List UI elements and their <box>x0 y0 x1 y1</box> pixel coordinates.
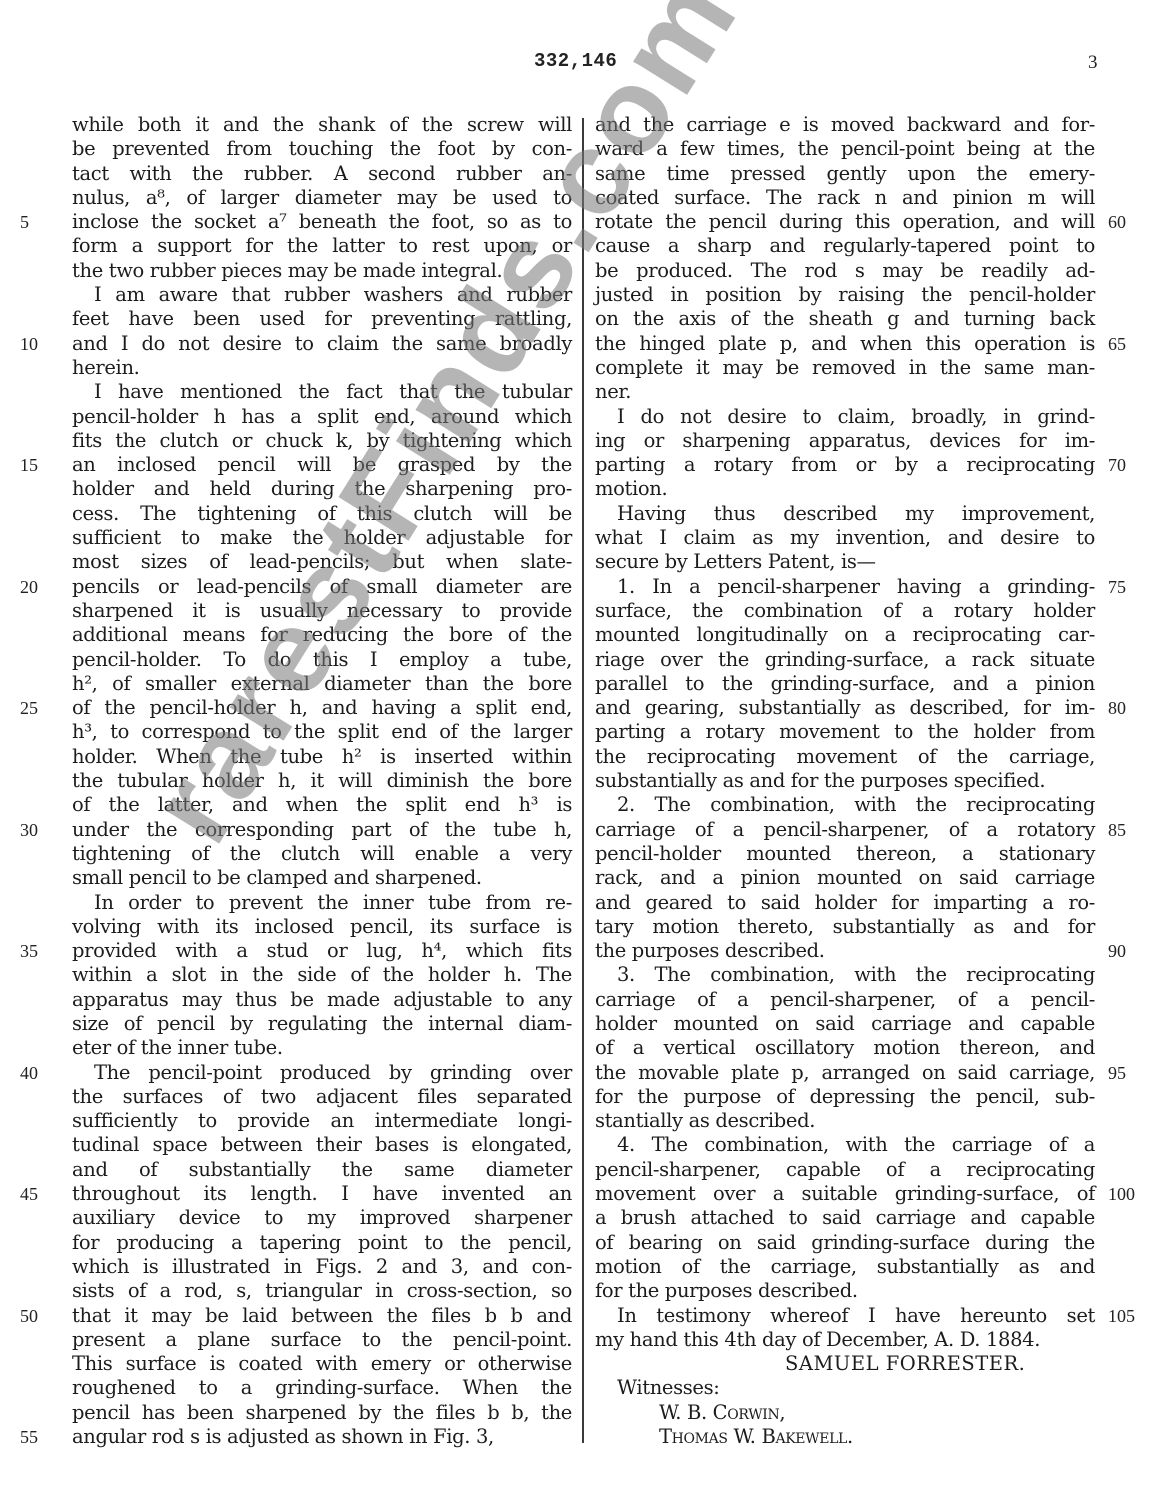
line-number: 15 <box>20 455 38 476</box>
text-line: and geared to said holder for imparting … <box>595 891 1095 915</box>
text-line: pencils or lead-pencils of small diamete… <box>72 575 572 599</box>
text-line: fits the clutch or chuck k, by tightenin… <box>72 429 572 453</box>
text-line: justed in position by raising the pencil… <box>595 283 1095 307</box>
line-number: 50 <box>20 1306 38 1327</box>
signature: SAMUEL FORRESTER. <box>595 1352 1095 1376</box>
text-line: tightening of the clutch will enable a v… <box>72 842 572 866</box>
text-line: nulus, a⁸, of larger diameter may be use… <box>72 186 572 210</box>
text-line: the surfaces of two adjacent files separ… <box>72 1085 572 1109</box>
text-line: tact with the rubber. A second rubber an… <box>72 162 572 186</box>
text-line: and of substantially the same diameter <box>72 1158 572 1182</box>
text-line: h³, to correspond to the split end of th… <box>72 720 572 744</box>
text-line: for producing a tapering point to the pe… <box>72 1231 572 1255</box>
text-line: pencil-sharpener, capable of a reciproca… <box>595 1158 1095 1182</box>
text-line: motion of the carriage, substantially as… <box>595 1255 1095 1279</box>
text-line: carriage of a pencil-sharpener, of a rot… <box>595 818 1095 842</box>
line-number: 20 <box>20 577 38 598</box>
text-line: auxiliary device to my improved sharpene… <box>72 1206 572 1230</box>
text-line: of the pencil-holder h, and having a spl… <box>72 696 572 720</box>
text-line: tary motion thereto, substantially as an… <box>595 915 1095 939</box>
text-line: and gearing, substantially as described,… <box>595 696 1095 720</box>
text-line: ward a few times, the pencil-point being… <box>595 137 1095 161</box>
text-line: size of pencil by regulating the interna… <box>72 1012 572 1036</box>
text-line: eter of the inner tube. <box>72 1036 572 1060</box>
text-line: Having thus described my improvement, <box>595 502 1095 526</box>
text-line: additional means for reducing the bore o… <box>72 623 572 647</box>
text-line: In testimony whereof I have hereunto set <box>595 1304 1095 1328</box>
text-line: riage over the grinding-surface, a rack … <box>595 648 1095 672</box>
text-line: I have mentioned the fact that the tubul… <box>72 380 572 404</box>
text-line: sufficiently to provide an intermediate … <box>72 1109 572 1133</box>
text-line: cause a sharp and regularly-tapered poin… <box>595 234 1095 258</box>
right-text-column: and the carriage e is moved backward and… <box>595 113 1095 1449</box>
witness-name: Thomas W. Bakewell. <box>595 1425 1095 1449</box>
text-line: my hand this 4th day of December, A. D. … <box>595 1328 1095 1352</box>
text-line: small pencil to be clamped and sharpened… <box>72 866 572 890</box>
text-line: that it may be laid between the files b … <box>72 1304 572 1328</box>
text-line: holder mounted on said carriage and capa… <box>595 1012 1095 1036</box>
text-line: the tubular holder h, it will diminish t… <box>72 769 572 793</box>
text-line: the two rubber pieces may be made integr… <box>72 259 572 283</box>
text-line: tudinal space between their bases is elo… <box>72 1133 572 1157</box>
line-number: 85 <box>1108 820 1126 841</box>
text-line: apparatus may thus be made adjustable to… <box>72 988 572 1012</box>
line-number: 25 <box>20 698 38 719</box>
text-line: feet have been used for preventing rattl… <box>72 307 572 331</box>
text-line: pencil has been sharpened by the files b… <box>72 1401 572 1425</box>
text-line: form a support for the latter to rest up… <box>72 234 572 258</box>
line-number: 90 <box>1108 941 1126 962</box>
line-number: 40 <box>20 1063 38 1084</box>
text-line: movement over a suitable grinding-surfac… <box>595 1182 1095 1206</box>
text-line: be prevented from touching the foot by c… <box>72 137 572 161</box>
text-line: ner. <box>595 380 1095 404</box>
line-number: 60 <box>1108 212 1126 233</box>
text-line: ing or sharpening apparatus, devices for… <box>595 429 1095 453</box>
column-divider <box>582 118 584 1443</box>
text-line: a brush attached to said carriage and ca… <box>595 1206 1095 1230</box>
line-number: 80 <box>1108 698 1126 719</box>
text-line: for the purposes described. <box>595 1279 1095 1303</box>
text-line: h², of smaller external diameter than th… <box>72 672 572 696</box>
text-line: parting a rotary movement to the holder … <box>595 720 1095 744</box>
text-line: provided with a stud or lug, h⁴, which f… <box>72 939 572 963</box>
text-line: and I do not desire to claim the same br… <box>72 332 572 356</box>
text-line: The pencil-point produced by grinding ov… <box>72 1061 572 1085</box>
line-number: 45 <box>20 1184 38 1205</box>
text-line: under the corresponding part of the tube… <box>72 818 572 842</box>
text-line: for the purpose of depressing the pencil… <box>595 1085 1095 1109</box>
line-number: 75 <box>1108 577 1126 598</box>
text-line: sharpened it is usually necessary to pro… <box>72 599 572 623</box>
text-line: In order to prevent the inner tube from … <box>72 891 572 915</box>
text-line: parting a rotary from or by a reciprocat… <box>595 453 1095 477</box>
text-line: pencil-holder mounted thereon, a station… <box>595 842 1095 866</box>
text-line: what I claim as my invention, and desire… <box>595 526 1095 550</box>
text-line: 1. In a pencil-sharpener having a grindi… <box>595 575 1095 599</box>
line-number: 55 <box>20 1427 38 1448</box>
line-number: 5 <box>20 212 29 233</box>
text-line: volving with its inclosed pencil, its su… <box>72 915 572 939</box>
text-line: holder. When the tube h² is inserted wit… <box>72 745 572 769</box>
text-line: which is illustrated in Figs. 2 and 3, a… <box>72 1255 572 1279</box>
text-line: This surface is coated with emery or oth… <box>72 1352 572 1376</box>
text-line: I do not desire to claim, broadly, in gr… <box>595 405 1095 429</box>
line-number: 105 <box>1108 1306 1135 1327</box>
text-line: cess. The tightening of this clutch will… <box>72 502 572 526</box>
text-line: same time pressed gently upon the emery- <box>595 162 1095 186</box>
text-line: sists of a rod, s, triangular in cross-s… <box>72 1279 572 1303</box>
text-line: 2. The combination, with the reciprocati… <box>595 793 1095 817</box>
text-line: pencil-holder h has a split end, around … <box>72 405 572 429</box>
text-line: surface, the combination of a rotary hol… <box>595 599 1095 623</box>
line-number: 10 <box>20 334 38 355</box>
text-line: parallel to the grinding-surface, and a … <box>595 672 1095 696</box>
left-text-column: while both it and the shank of the screw… <box>72 113 572 1449</box>
text-line: angular rod s is adjusted as shown in Fi… <box>72 1425 572 1449</box>
text-line: 3. The combination, with the reciprocati… <box>595 963 1095 987</box>
text-line: carriage of a pencil-sharpener, of a pen… <box>595 988 1095 1012</box>
text-line: of bearing on said grinding-surface duri… <box>595 1231 1095 1255</box>
text-line: within a slot in the side of the holder … <box>72 963 572 987</box>
text-line: motion. <box>595 477 1095 501</box>
text-line: and the carriage e is moved backward and… <box>595 113 1095 137</box>
text-line: present a plane surface to the pencil-po… <box>72 1328 572 1352</box>
text-line: secure by Letters Patent, is— <box>595 550 1095 574</box>
text-line: coated surface. The rack n and pinion m … <box>595 186 1095 210</box>
line-number: 65 <box>1108 334 1126 355</box>
text-line: be produced. The rod s may be readily ad… <box>595 259 1095 283</box>
text-line: I am aware that rubber washers and rubbe… <box>72 283 572 307</box>
text-line: on the axis of the sheath g and turning … <box>595 307 1095 331</box>
text-line: pencil-holder. To do this I employ a tub… <box>72 648 572 672</box>
line-number: 95 <box>1108 1063 1126 1084</box>
text-line: throughout its length. I have invented a… <box>72 1182 572 1206</box>
text-line: the reciprocating movement of the carria… <box>595 745 1095 769</box>
text-line: holder and held during the sharpening pr… <box>72 477 572 501</box>
text-line: stantially as described. <box>595 1109 1095 1133</box>
text-line: inclose the socket a⁷ beneath the foot, … <box>72 210 572 234</box>
text-line: rack, and a pinion mounted on said carri… <box>595 866 1095 890</box>
text-line: the movable plate p, arranged on said ca… <box>595 1061 1095 1085</box>
patent-number: 332,146 <box>534 50 617 72</box>
text-line: of the latter, and when the split end h³… <box>72 793 572 817</box>
text-line: herein. <box>72 356 572 380</box>
text-line: sufficient to make the holder adjustable… <box>72 526 572 550</box>
text-line: the hinged plate p, and when this operat… <box>595 332 1095 356</box>
line-number: 30 <box>20 820 38 841</box>
text-line: of a vertical oscillatory motion thereon… <box>595 1036 1095 1060</box>
text-line: the purposes described. <box>595 939 1095 963</box>
text-line: substantially as and for the purposes sp… <box>595 769 1095 793</box>
text-line: mounted longitudinally on a reciprocatin… <box>595 623 1095 647</box>
line-number: 70 <box>1108 455 1126 476</box>
text-line: most sizes of lead-pencils; but when sla… <box>72 550 572 574</box>
line-number: 100 <box>1108 1184 1135 1205</box>
text-line: while both it and the shank of the screw… <box>72 113 572 137</box>
text-line: rotate the pencil during this operation,… <box>595 210 1095 234</box>
text-line: complete it may be removed in the same m… <box>595 356 1095 380</box>
text-line: 4. The combination, with the carriage of… <box>595 1133 1095 1157</box>
text-line: an inclosed pencil will be grasped by th… <box>72 453 572 477</box>
line-number: 35 <box>20 941 38 962</box>
witness-name: W. B. Corwin, <box>595 1401 1095 1425</box>
text-line: roughened to a grinding-surface. When th… <box>72 1376 572 1400</box>
witnesses-label: Witnesses: <box>595 1376 1095 1400</box>
page-number: 3 <box>1088 52 1098 74</box>
